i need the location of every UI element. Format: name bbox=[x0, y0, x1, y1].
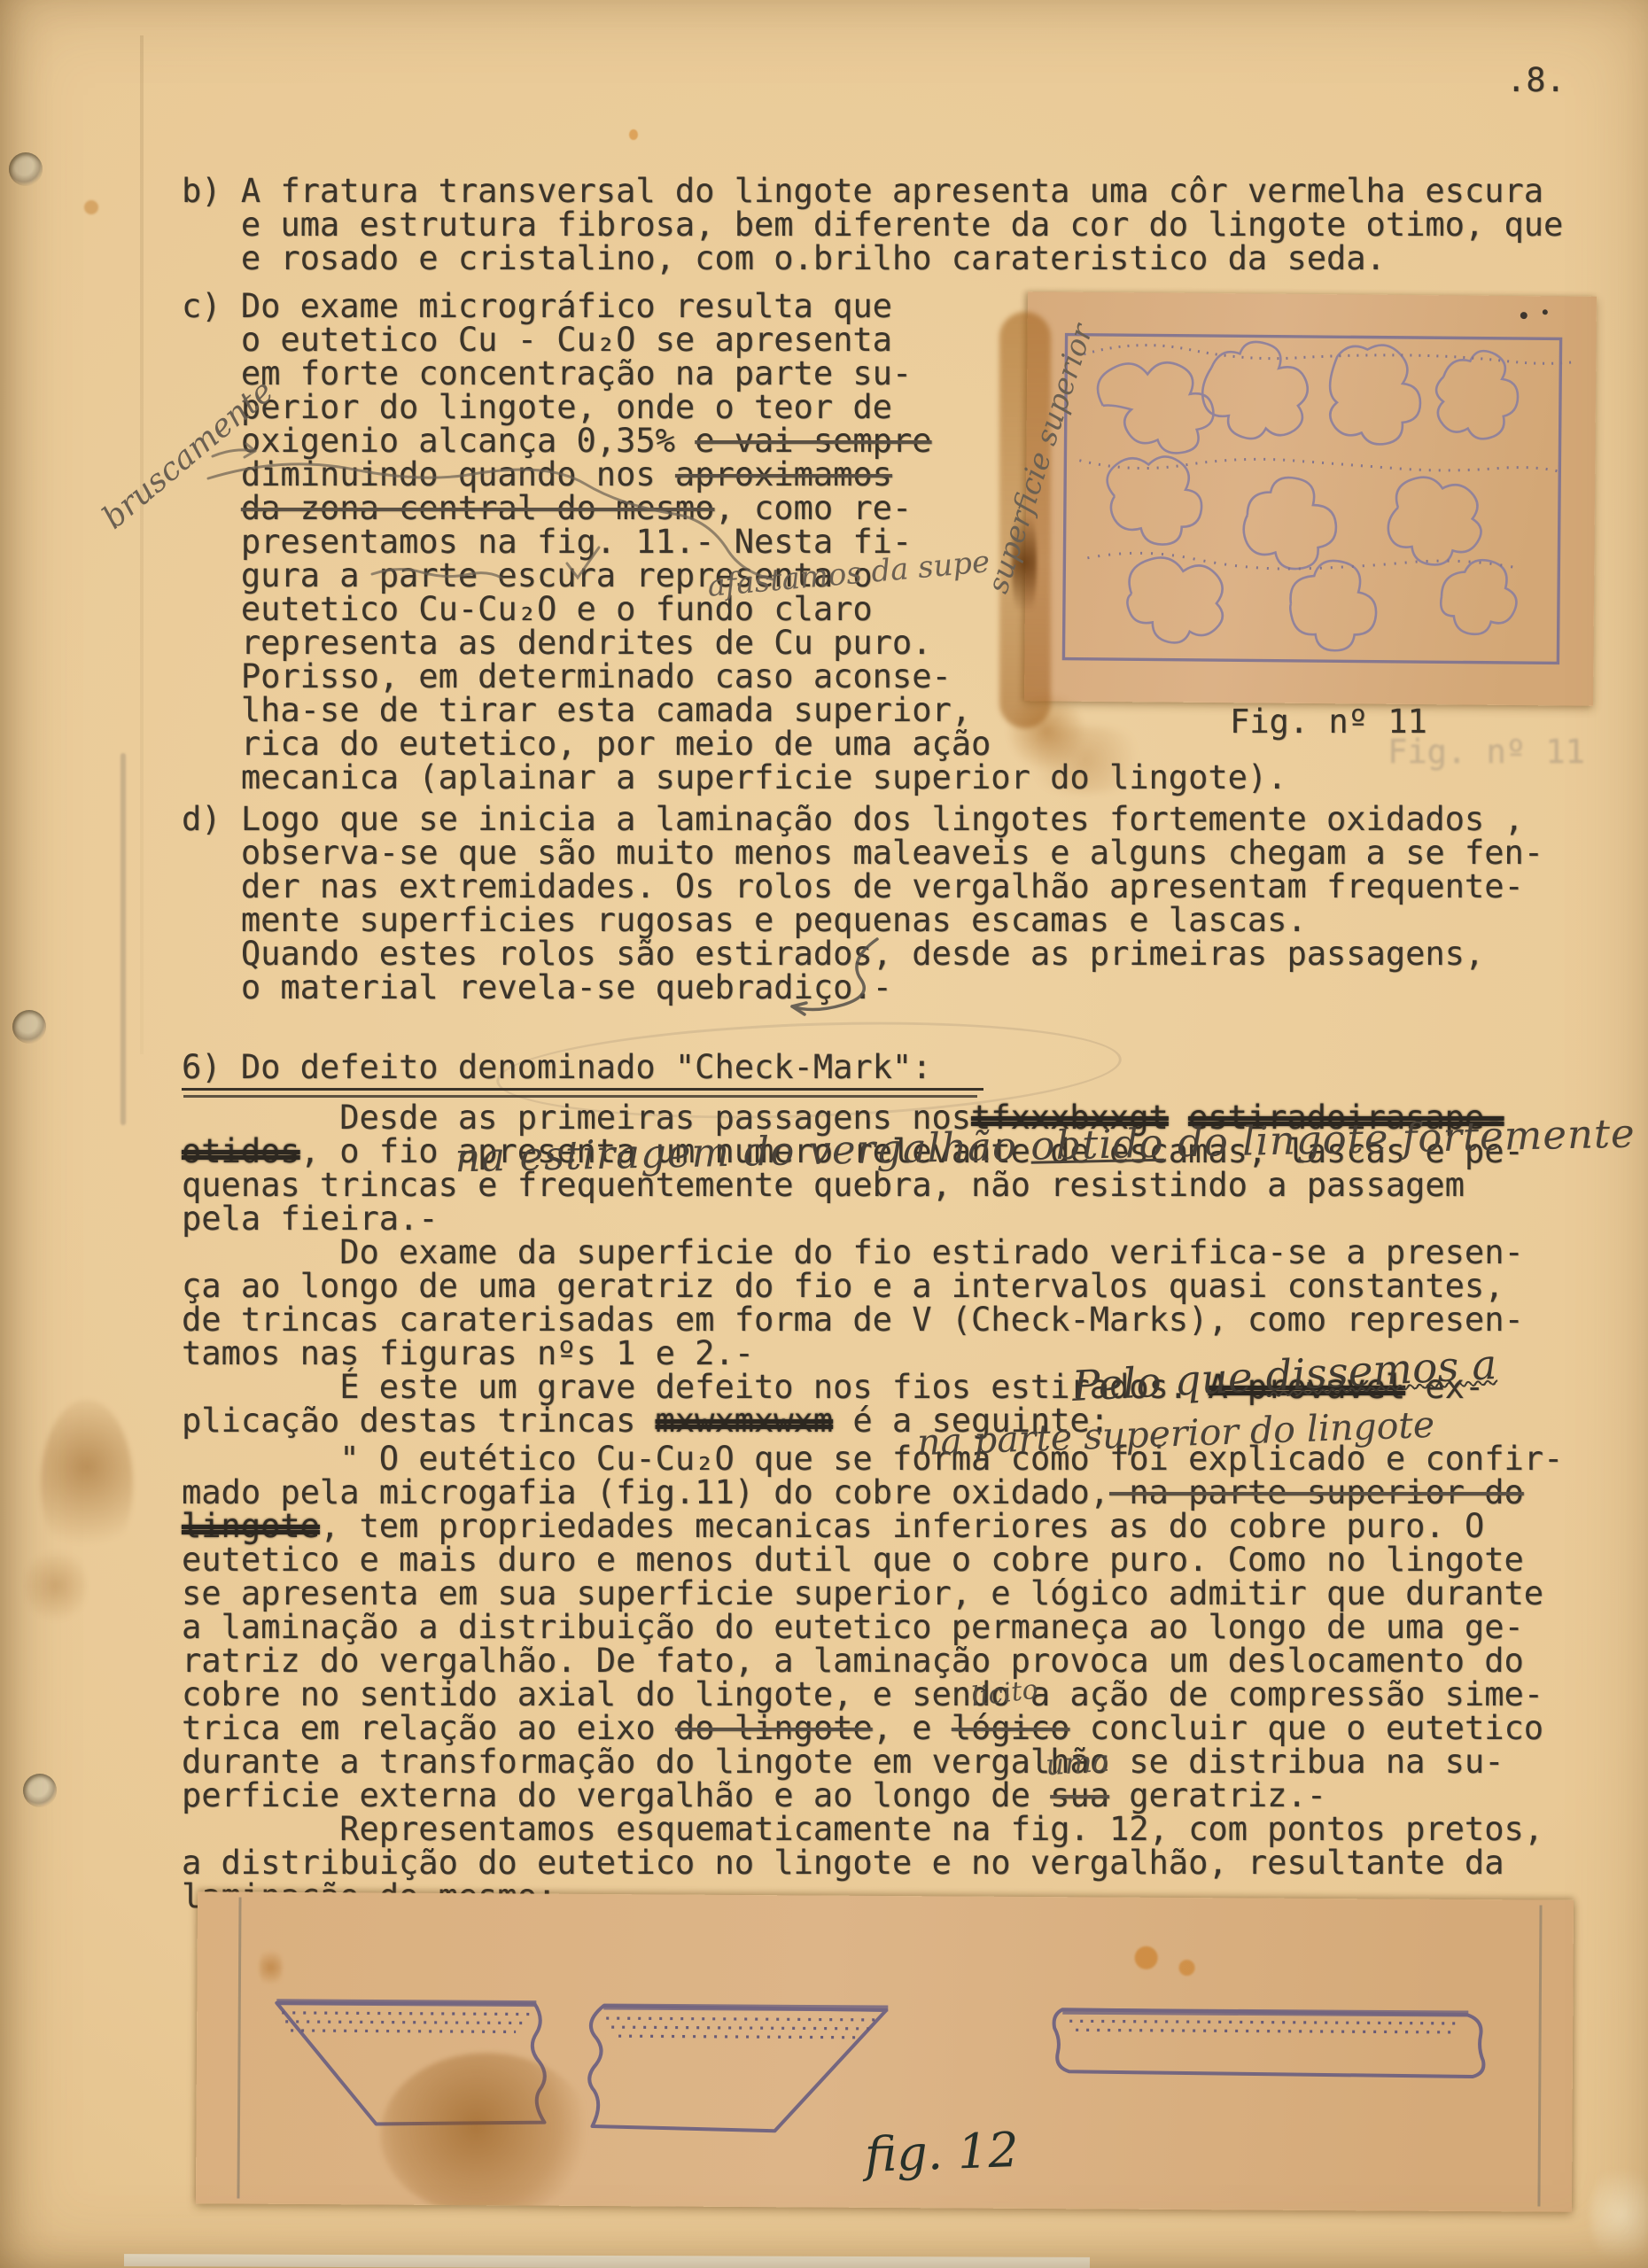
typed-line: eutetico e mais duro e menos dutil que o… bbox=[182, 1543, 1563, 1577]
stain bbox=[25, 1546, 87, 1626]
punch-hole bbox=[12, 1010, 46, 1044]
scan-edge-sliver bbox=[124, 2254, 1090, 2268]
typed-line: ça ao longo de uma geratriz do fio e a i… bbox=[182, 1270, 1524, 1303]
typed-line: se apresenta em sua superficie superior,… bbox=[182, 1577, 1563, 1611]
typed-line: mado pela microgafia (fig.11) do cobre o… bbox=[182, 1476, 1563, 1510]
checkmark-insert-obtido: obtido bbox=[1030, 1120, 1164, 1169]
typed-line: durante a transformação do lingote em ve… bbox=[182, 1745, 1563, 1779]
scratch-mark bbox=[120, 753, 126, 1125]
typed-line: e uma estrutura fibrosa, bem diferente d… bbox=[182, 208, 1563, 242]
note-uma: uma bbox=[1045, 1744, 1111, 1783]
pelo-dissemos: dissemos a bbox=[1264, 1340, 1498, 1402]
typed-line: lingote, tem propriedades mecanicas infe… bbox=[182, 1510, 1563, 1543]
checkmark-insert-note: na estiragem do vergalhão obtido do ling… bbox=[400, 1059, 1648, 1229]
typed-line: a laminação a distribuição do eutetico p… bbox=[182, 1611, 1563, 1644]
checkmark-insert-post: do lingote fortemente oxidado bbox=[1163, 1106, 1648, 1166]
typed-line: ratriz do vergalhão. De fato, a laminaçã… bbox=[182, 1644, 1563, 1678]
typed-line: a distribuição do eutetico no lingote e … bbox=[182, 1846, 1543, 1880]
punch-hole bbox=[23, 1774, 57, 1807]
fig12-caption: fig. 12 bbox=[864, 2122, 1020, 2183]
stain bbox=[629, 129, 638, 140]
scanned-document-page: .8. b) A fratura transversal do lingote … bbox=[0, 0, 1648, 2268]
paragraph-eutetico: " O eutético Cu-Cu₂O que se forma como f… bbox=[182, 1442, 1563, 1813]
typed-line: cobre no sentido axial do lingote, e sen… bbox=[182, 1678, 1563, 1712]
paragraph-b: b) A fratura transversal do lingote apre… bbox=[182, 175, 1563, 276]
arrow-squiggle bbox=[762, 930, 895, 1037]
typed-line: perficie externa do vergalhão e ao longo… bbox=[182, 1779, 1563, 1813]
fig11-caption-ghost: Fig. nº 11 bbox=[1388, 735, 1585, 769]
stain bbox=[84, 200, 98, 214]
typed-line: Do exame da superficie do fio estirado v… bbox=[182, 1236, 1524, 1270]
typed-line: b) A fratura transversal do lingote apre… bbox=[182, 175, 1563, 208]
checkmark-insert-pre: na estiragem do vergalhão bbox=[455, 1122, 1031, 1182]
typed-line: Representamos esquematicamente na fig. 1… bbox=[182, 1813, 1543, 1846]
pelo-pre: Pelo que bbox=[1071, 1353, 1267, 1411]
corner-highlight bbox=[1590, 2162, 1648, 2268]
typed-line: d) Logo que se inicia a laminação dos li… bbox=[182, 803, 1543, 836]
micrograph-figure-11 bbox=[1024, 291, 1597, 706]
dendrite-drawing bbox=[1024, 291, 1597, 706]
typed-line: trica em relação ao eixo do lingote, e l… bbox=[182, 1712, 1563, 1745]
typed-line: rica do eutetico, por meio de uma ação bbox=[182, 727, 1287, 761]
typed-line: der nas extremidades. Os rolos de vergal… bbox=[182, 870, 1543, 904]
typed-line: mecanica (aplainar a superficie superior… bbox=[182, 761, 1287, 795]
typed-line: observa-se que são muito menos maleaveis… bbox=[182, 836, 1543, 870]
page-number: .8. bbox=[1506, 64, 1566, 97]
punch-hole bbox=[9, 152, 43, 186]
typed-line: e rosado e cristalino, com o.brilho cara… bbox=[182, 242, 1563, 276]
stain bbox=[41, 1400, 133, 1568]
